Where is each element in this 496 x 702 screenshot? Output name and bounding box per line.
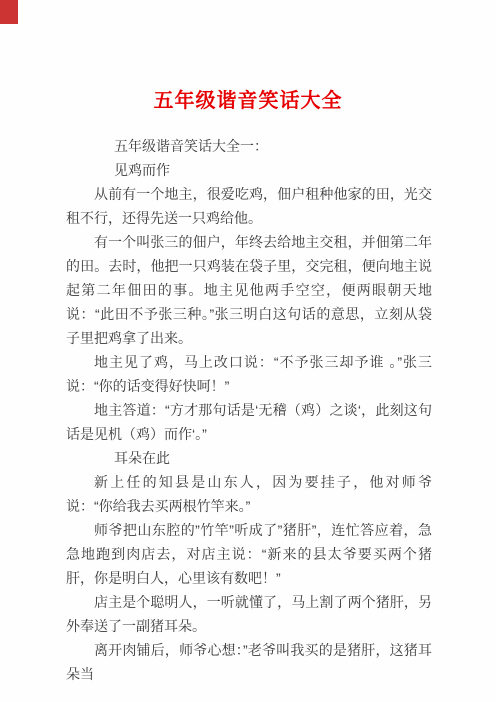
- document-page: 五年级谐音笑话大全 五年级谐音笑话大全一：见鸡而作从前有一个地主，很爱吃鸡，佃户…: [0, 0, 496, 702]
- paragraph: 师爷把山东腔的”竹竿”听成了”猪肝”，连忙答应着，急急地跑到肉店去，对店主说：“…: [66, 518, 432, 590]
- section-heading: 耳朵在此: [66, 446, 432, 470]
- paragraph: 地主答道：“方才那句话是‘无稽（鸡）之谈‘，此刻这句话是见机（鸡）而作‘。”: [66, 398, 432, 446]
- paragraph: 店主是个聪明人，一听就懂了，马上割了两个猪肝，另外奉送了一副猪耳朵。: [66, 590, 432, 638]
- section-heading: 五年级谐音笑话大全一：: [66, 134, 432, 158]
- article-body: 五年级谐音笑话大全一：见鸡而作从前有一个地主，很爱吃鸡，佃户租种他家的田，光交租…: [66, 134, 432, 686]
- paragraph: 地主见了鸡，马上改口说：“不予张三却予谁 。”张三说：“你的话变得好快呵！”: [66, 350, 432, 398]
- paragraph: 离开肉铺后，师爷心想：”老爷叫我买的是猪肝，这猪耳朵当: [66, 638, 432, 686]
- page-title: 五年级谐音笑话大全: [0, 84, 496, 113]
- paragraph: 有一个叫张三的佃户，年终去给地主交租，并佃第二年的田。去时，他把一只鸡装在袋子里…: [66, 230, 432, 350]
- paragraph: 从前有一个地主，很爱吃鸡，佃户租种他家的田，光交租不行，还得先送一只鸡给他。: [66, 182, 432, 230]
- section-heading: 见鸡而作: [66, 158, 432, 182]
- paragraph: 新上任的知县是山东人，因为要挂子，他对师爷说：“你给我去买两根竹竿来。”: [66, 470, 432, 518]
- corner-red-mark: [0, 0, 18, 24]
